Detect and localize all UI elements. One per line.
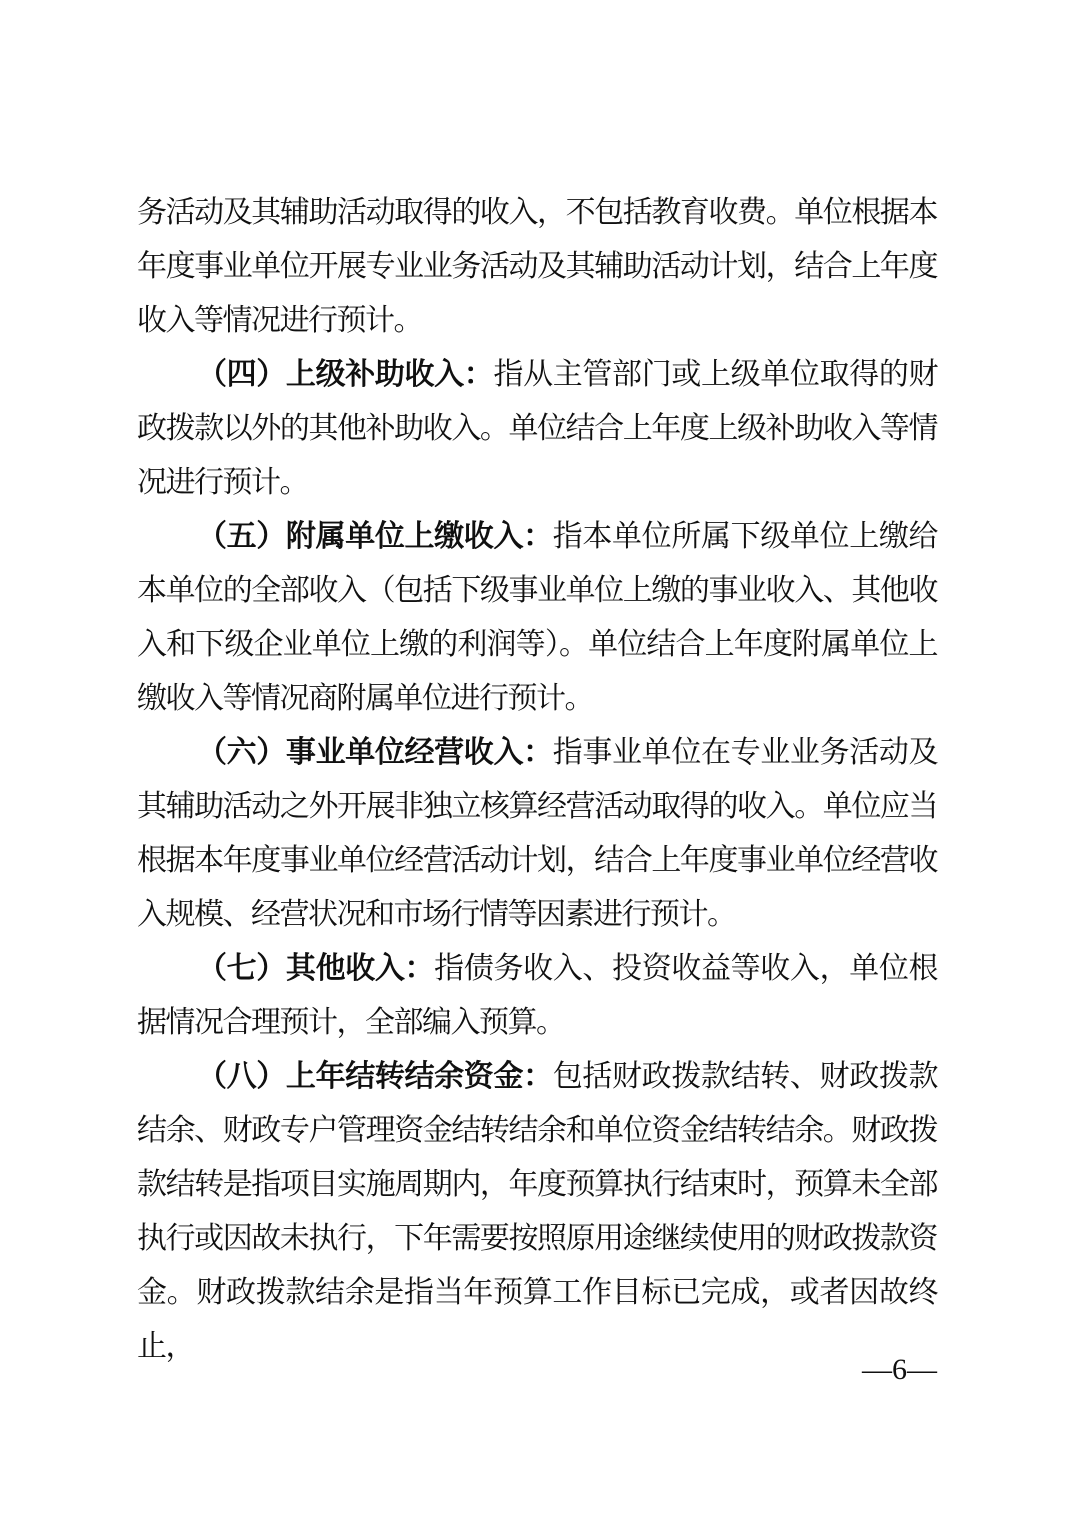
paragraph-text: 务活动及其辅助活动取得的收入，不包括教育收费。单位根据本年度事业单位开展专业业务… <box>137 196 937 337</box>
paragraph: （六）事业单位经营收入：指事业单位在专业业务活动及其辅助活动之外开展非独立核算经… <box>137 726 937 942</box>
paragraph: （八）上年结转结余资金：包括财政拨款结转、财政拨款结余、财政专户管理资金结转结余… <box>137 1050 937 1374</box>
paragraph-heading: （四）上级补助收入： <box>197 358 493 391</box>
document-page: 务活动及其辅助活动取得的收入，不包括教育收费。单位根据本年度事业单位开展专业业务… <box>0 0 1074 1520</box>
paragraph: （五）附属单位上缴收入：指本单位所属下级单位上缴给本单位的全部收入（包括下级事业… <box>137 510 937 726</box>
paragraph: （四）上级补助收入：指从主管部门或上级单位取得的财政拨款以外的其他补助收入。单位… <box>137 348 937 510</box>
page-number-text: —6— <box>862 1353 937 1386</box>
document-body: 务活动及其辅助活动取得的收入，不包括教育收费。单位根据本年度事业单位开展专业业务… <box>137 186 937 1374</box>
paragraph-heading: （五）附属单位上缴收入： <box>197 520 553 553</box>
page-number: —6— <box>862 1350 937 1390</box>
paragraph-heading: （六）事业单位经营收入： <box>197 736 553 769</box>
paragraph: 务活动及其辅助活动取得的收入，不包括教育收费。单位根据本年度事业单位开展专业业务… <box>137 186 937 348</box>
paragraph-heading: （七）其他收入： <box>197 952 434 985</box>
paragraph: （七）其他收入：指债务收入、投资收益等收入，单位根据情况合理预计，全部编入预算。 <box>137 942 937 1050</box>
paragraph-text: 包括财政拨款结转、财政拨款结余、财政专户管理资金结转结余和单位资金结转结余。财政… <box>137 1060 937 1363</box>
paragraph-heading: （八）上年结转结余资金： <box>197 1060 553 1093</box>
